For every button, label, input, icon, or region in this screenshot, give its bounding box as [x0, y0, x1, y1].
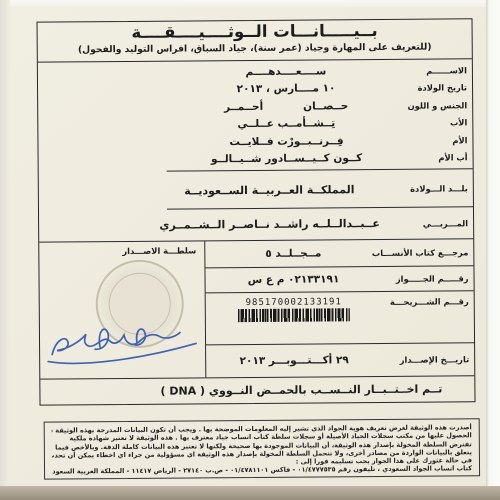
signature-icon	[42, 315, 202, 371]
dna-test-note: تــم اخــتــبــار النــســب بالحمــض الن…	[160, 382, 442, 397]
microchip-label: رقـــم الشـــريحـــة	[382, 291, 474, 307]
dam-label: الأم	[384, 135, 472, 146]
field-row-passport-no: رقـــــم الجـــــواز ٠٢١٣٣١٩١ م ع س	[205, 266, 473, 293]
sex-color-label: الجنس و اللون	[384, 100, 472, 111]
breeder-label: المـــربـــي	[385, 218, 473, 229]
studbook-ref-label: مرجـــع كتاب الأنســـاب	[381, 247, 473, 258]
issuing-authority-label: سلطـــة الاصـــدار	[39, 241, 204, 256]
barcode-icon	[238, 308, 350, 322]
dam-value: فِــرنــبــورْت فــلايــت	[38, 135, 384, 150]
birth-country-label: بلـــد الـــولادة	[385, 183, 473, 194]
dob-value: ١٠ مــــارس ، ٢٠١٣	[38, 82, 384, 97]
dna-test-strip: تــم اخــتــبــار النــســب بالحمــض الن…	[40, 375, 474, 404]
field-row-breeder: المـــربـــي عــبــدالــلــه راشــد نــا…	[39, 207, 473, 242]
dam-sire-value: كــون كــيــســادور شــيــالــو	[39, 152, 385, 167]
dam-sire-label: أب الأم	[385, 153, 473, 164]
registration-table: مرجـــع كتاب الأنســـاب مــجــلــد ٥ رقـ…	[39, 239, 474, 378]
field-row-studbook-ref: مرجـــع كتاب الأنســـاب مــجــلــد ٥	[205, 239, 473, 268]
fine-print-box: أصدرت هذه الوثيقة لغرض تعريف هوية الجواد…	[44, 418, 480, 479]
sire-label: الأب	[384, 118, 472, 129]
field-row-birth-country: بلـــد الـــولادة المملكــة العــربيــة …	[39, 169, 473, 210]
horse-passport-document: بــيـــــانـــات الــوثــــيــــقــــة (…	[0, 0, 500, 500]
document-main-box: بــيـــــانـــات الــوثــــيــــقــــة (…	[37, 18, 476, 405]
document-subtitle: (للتعريف على المهارة وجياد (عمر سنة)، جي…	[38, 40, 472, 56]
field-row-issue-date: تاريـــخ الإصـــدار ٢٩ أكـــتـــوبـــر ٢…	[206, 343, 474, 377]
title-section: بــيـــــانـــات الــوثــــيــــقــــة (…	[38, 19, 472, 62]
issue-date-value: ٢٩ أكـــتـــوبـــر ٢٠١٣	[206, 354, 382, 367]
registration-fields-column: مرجـــع كتاب الأنســـاب مــجــلــد ٥ رقـ…	[204, 239, 474, 377]
microchip-value: 985170002133191	[206, 292, 382, 322]
issuing-authority-cell: سلطـــة الاصـــدار	[39, 241, 205, 378]
microchip-number: 985170002133191	[246, 297, 342, 308]
birth-country-value: المملكــة العــربيــة الســعوديــة	[39, 182, 385, 198]
field-row-microchip: رقـــم الشـــريحـــة 985170002133191	[206, 291, 474, 345]
name-value: ســــعــــدهــــم	[38, 65, 384, 80]
sire-value: تِــشــأمــب عــلــي	[38, 117, 384, 132]
studbook-ref-value: مــجــلــد ٥	[205, 247, 381, 260]
dob-label: تاريخ الولادة	[384, 83, 472, 94]
passport-no-label: رقـــــم الجـــــواز	[382, 273, 474, 284]
field-row-dam-sire: أب الأم كــون كــيــســادور شــيــالــو	[39, 149, 473, 170]
sex-value: حــصــان	[303, 100, 348, 112]
breeder-value: عــبــدالــلــه راشــد نــاصــر الــشــم…	[39, 217, 385, 233]
passport-no-value: ٠٢١٣٣١٩١ م ع س	[206, 273, 382, 286]
issue-date-label: تاريـــخ الإصـــدار	[382, 354, 474, 365]
photographed-document: بــيـــــانـــات الــوثــــيــــقــــة (…	[0, 0, 500, 500]
color-value: أحــمــر	[224, 101, 263, 113]
name-label: الاســــــم	[384, 65, 472, 76]
sex-color-value: حــصــان أحــمــر	[38, 100, 384, 115]
pedigree-block: الاســــــم ســــعــــدهــــم تاريخ الول…	[38, 59, 473, 172]
